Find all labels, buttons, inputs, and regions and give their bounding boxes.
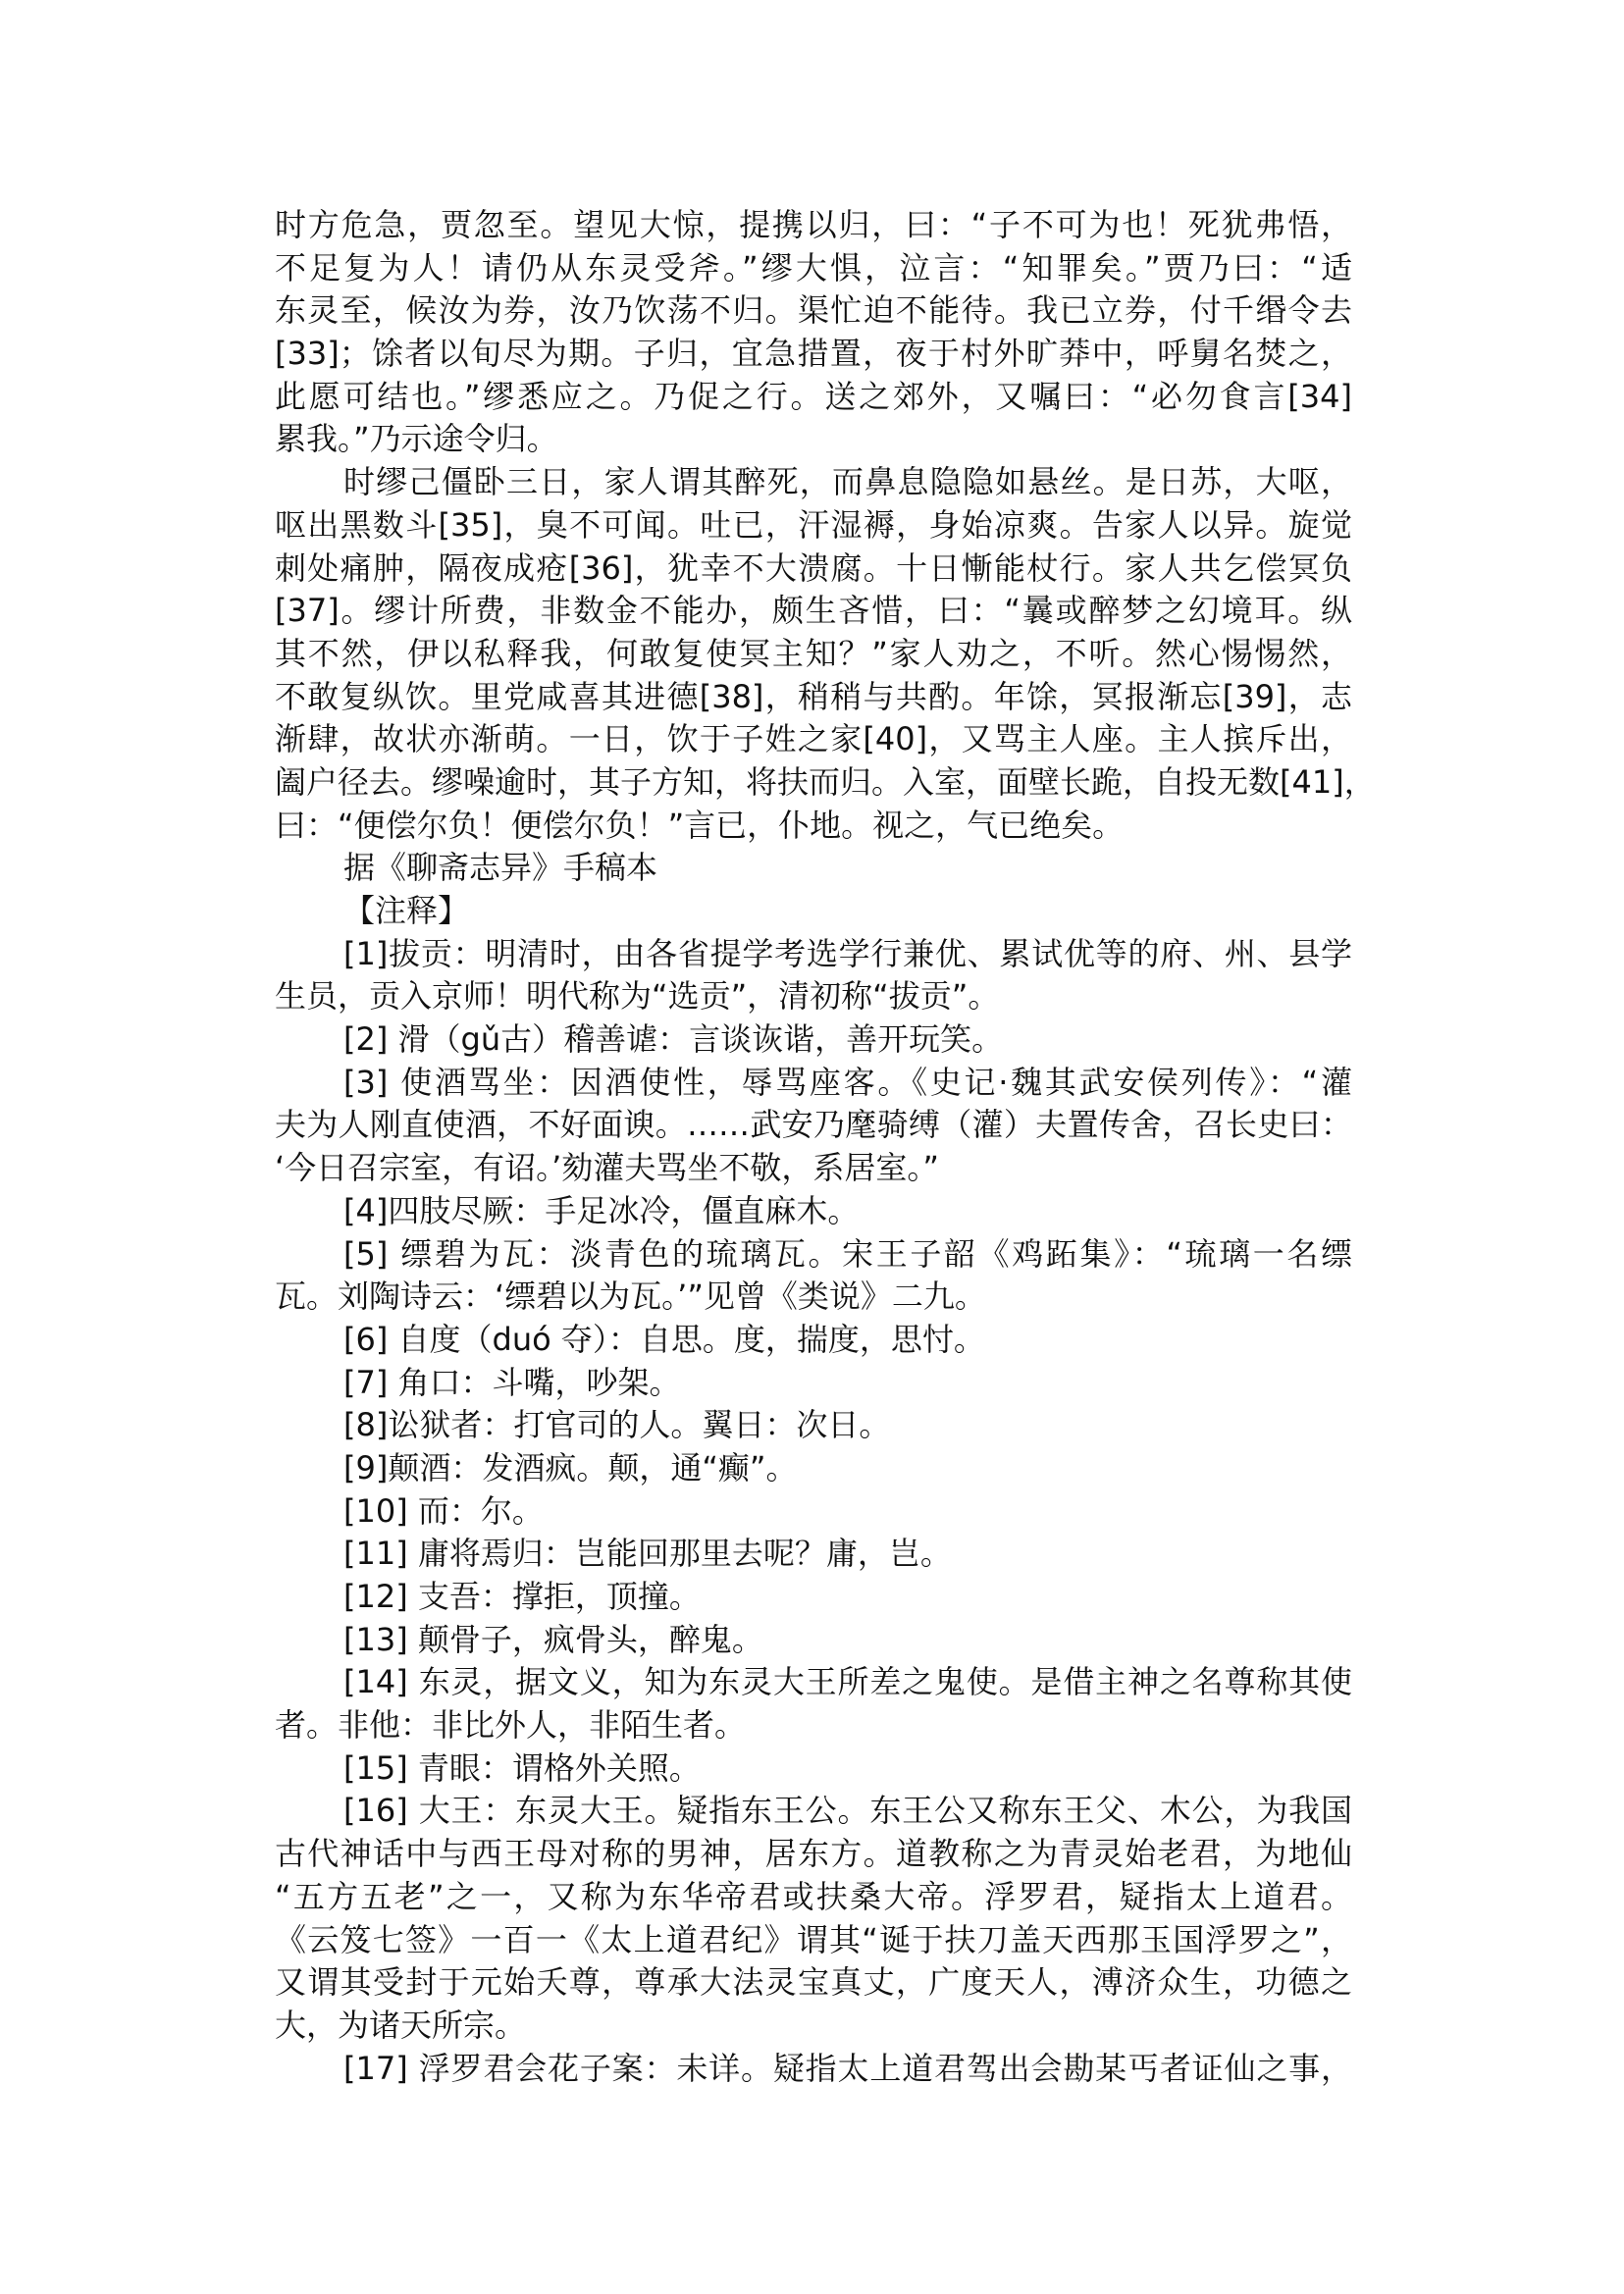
note-line: ‘今日召宗室，有诏。’劾灌夫骂坐不敬，系居室。” [275, 1147, 1352, 1190]
text-line: 东灵至，候汝为券，汝乃饮荡不归。渠忙迫不能待。我已立券，付千缗令去 [275, 289, 1352, 333]
text-line: 累我。”乃示途令归。 [275, 418, 1352, 461]
note-line: [5] 缥碧为瓦：淡青色的琉璃瓦。宋王子韶《鸡跖集》：“琉璃一名缥 [275, 1233, 1352, 1277]
note-line: 夫为人刚直使酒，不好面谀。……武安乃麾骑缚（灌）夫置传舍，召长史曰： [275, 1104, 1352, 1147]
note-line: [9]颠酒：发酒疯。颠，通“癫”。 [275, 1447, 1352, 1490]
text-line: 此愿可结也。”缪悉应之。乃促之行。送之郊外，又嘱曰：“必勿食言[34] [275, 376, 1352, 419]
note-line: [13] 颠骨子，疯骨头，醉鬼。 [275, 1619, 1352, 1662]
note-7: [7] 角口：斗嘴，吵架。 [275, 1362, 1352, 1405]
note-line: 《云笈七签》一百一《太上道君纪》谓其“诞于扶刀盖天西那玉国浮罗之”， [275, 1919, 1352, 1962]
note-16: [16] 大王：东灵大王。疑指东王公。东王公又称东王父、木公，为我国 古代神话中… [275, 1790, 1352, 2047]
text-line: 时缪己僵卧三日，家人谓其醉死，而鼻息隐隐如悬丝。是日苏，大呕， [275, 461, 1352, 504]
source-note: 据《聊斋志异》手稿本 [275, 847, 1352, 890]
note-15: [15] 青眼：谓格外关照。 [275, 1747, 1352, 1791]
story-paragraph-1: 时方危急，贾忽至。望见大惊，提携以归，曰：“子不可为也！死犹弗悟， 不足复为人！… [275, 204, 1352, 461]
note-4: [4]四肢尽厥：手足冰冷，僵直麻木。 [275, 1190, 1352, 1233]
note-6: [6] 自度（duó 夺）：自思。度，揣度，思忖。 [275, 1319, 1352, 1362]
note-line: [12] 支吾：撑拒，顶撞。 [275, 1576, 1352, 1619]
note-line: [6] 自度（duó 夺）：自思。度，揣度，思忖。 [275, 1319, 1352, 1362]
note-line: [11] 庸将焉归：岂能回那里去呢？庸，岂。 [275, 1533, 1352, 1576]
note-line: 者。非他：非比外人，非陌生者。 [275, 1704, 1352, 1747]
note-12: [12] 支吾：撑拒，顶撞。 [275, 1576, 1352, 1619]
text-line: 其不然，伊以私释我，何敢复使冥主知？”家人劝之，不听。然心惕惕然， [275, 633, 1352, 676]
note-line: [10] 而：尔。 [275, 1490, 1352, 1534]
note-17: [17] 浮罗君会花子案：未详。疑指太上道君驾出会勘某丐者证仙之事， [275, 2048, 1352, 2091]
notes-list: [1]拔贡：明清时，由各省提学考选学行兼优、累试优等的府、州、县学 生员，贡入京… [275, 933, 1352, 2091]
note-line: [14] 东灵，据文义，知为东灵大王所差之鬼使。是借主神之名尊称其使 [275, 1661, 1352, 1704]
note-line: [16] 大王：东灵大王。疑指东王公。东王公又称东王父、木公，为我国 [275, 1790, 1352, 1833]
text-line: 阖户径去。缪噪逾时，其子方知，将扶而归。入室，面壁长跪，自投无数[41]， [275, 761, 1352, 805]
note-10: [10] 而：尔。 [275, 1490, 1352, 1534]
note-8: [8]讼狱者：打官司的人。翼日：次日。 [275, 1404, 1352, 1447]
note-line: [2] 滑（gǔ古）稽善谑：言谈诙谐，善开玩笑。 [275, 1018, 1352, 1062]
note-line: [15] 青眼：谓格外关照。 [275, 1747, 1352, 1791]
note-5: [5] 缥碧为瓦：淡青色的琉璃瓦。宋王子韶《鸡跖集》：“琉璃一名缥 瓦。刘陶诗云… [275, 1233, 1352, 1319]
note-3: [3] 使酒骂坐：因酒使性，辱骂座客。《史记·魏其武安侯列传》：“灌 夫为人刚直… [275, 1062, 1352, 1190]
note-14: [14] 东灵，据文义，知为东灵大王所差之鬼使。是借主神之名尊称其使 者。非他：… [275, 1661, 1352, 1747]
story-paragraph-2: 时缪己僵卧三日，家人谓其醉死，而鼻息隐隐如悬丝。是日苏，大呕， 呕出黑数斗[35… [275, 461, 1352, 847]
note-1: [1]拔贡：明清时，由各省提学考选学行兼优、累试优等的府、州、县学 生员，贡入京… [275, 933, 1352, 1018]
note-line: [3] 使酒骂坐：因酒使性，辱骂座客。《史记·魏其武安侯列传》：“灌 [275, 1062, 1352, 1105]
note-line: [17] 浮罗君会花子案：未详。疑指太上道君驾出会勘某丐者证仙之事， [275, 2048, 1352, 2091]
text-line: 不敢复纵饮。里党咸喜其进德[38]，稍稍与共酌。年馀，冥报渐忘[39]，志 [275, 676, 1352, 719]
text-line: 呕出黑数斗[35]，臭不可闻。吐已，汗湿褥，身始凉爽。告家人以异。旋觉 [275, 504, 1352, 547]
note-11: [11] 庸将焉归：岂能回那里去呢？庸，岂。 [275, 1533, 1352, 1576]
note-line: 生员，贡入京师！明代称为“选贡”，清初称“拔贡”。 [275, 975, 1352, 1018]
notes-heading: 【注释】 [275, 890, 1352, 933]
text-line: 时方危急，贾忽至。望见大惊，提携以归，曰：“子不可为也！死犹弗悟， [275, 204, 1352, 247]
text-line: 曰：“便偿尔负！便偿尔负！”言已，仆地。视之，气已绝矣。 [275, 805, 1352, 848]
note-line: “五方五老”之一，又称为东华帝君或扶桑大帝。浮罗君，疑指太上道君。 [275, 1876, 1352, 1919]
text-line: 不足复为人！请仍从东灵受斧。”缪大惧，泣言：“知罪矣。”贾乃曰：“适 [275, 247, 1352, 290]
note-line: [8]讼狱者：打官司的人。翼日：次日。 [275, 1404, 1352, 1447]
text-line: 刺处痛肿，隔夜成疮[36]，犹幸不大溃腐。十日慚能杖行。家人共乞偿冥负 [275, 547, 1352, 591]
note-line: [1]拔贡：明清时，由各省提学考选学行兼优、累试优等的府、州、县学 [275, 933, 1352, 976]
note-9: [9]颠酒：发酒疯。颠，通“癫”。 [275, 1447, 1352, 1490]
note-line: 大，为诸天所宗。 [275, 2005, 1352, 2048]
text-line: 渐肆，故状亦渐萌。一日，饮于子姓之家[40]，又骂主人座。主人摈斥出， [275, 718, 1352, 761]
text-line: [33]；馀者以旬尽为期。子归，宜急措置，夜于村外旷莽中，呼舅名焚之， [275, 333, 1352, 376]
note-line: [4]四肢尽厥：手足冰冷，僵直麻木。 [275, 1190, 1352, 1233]
note-13: [13] 颠骨子，疯骨头，醉鬼。 [275, 1619, 1352, 1662]
note-line: 又谓其受封于元始夭尊，尊承大法灵宝真丈，广度天人，溥济众生，功德之 [275, 1961, 1352, 2005]
text-line: [37]。缪计所费，非数金不能办，颇生吝惜，曰：“曩或醉梦之幻境耳。纵 [275, 590, 1352, 633]
note-line: [7] 角口：斗嘴，吵架。 [275, 1362, 1352, 1405]
note-2: [2] 滑（gǔ古）稽善谑：言谈诙谐，善开玩笑。 [275, 1018, 1352, 1062]
document-page: 时方危急，贾忽至。望见大惊，提携以归，曰：“子不可为也！死犹弗悟， 不足复为人！… [275, 204, 1352, 2090]
note-line: 瓦。刘陶诗云：‘缥碧以为瓦。’”见曾《类说》二九。 [275, 1276, 1352, 1319]
note-line: 古代神话中与西王母对称的男神，居东方。道教称之为青灵始老君，为地仙 [275, 1833, 1352, 1876]
